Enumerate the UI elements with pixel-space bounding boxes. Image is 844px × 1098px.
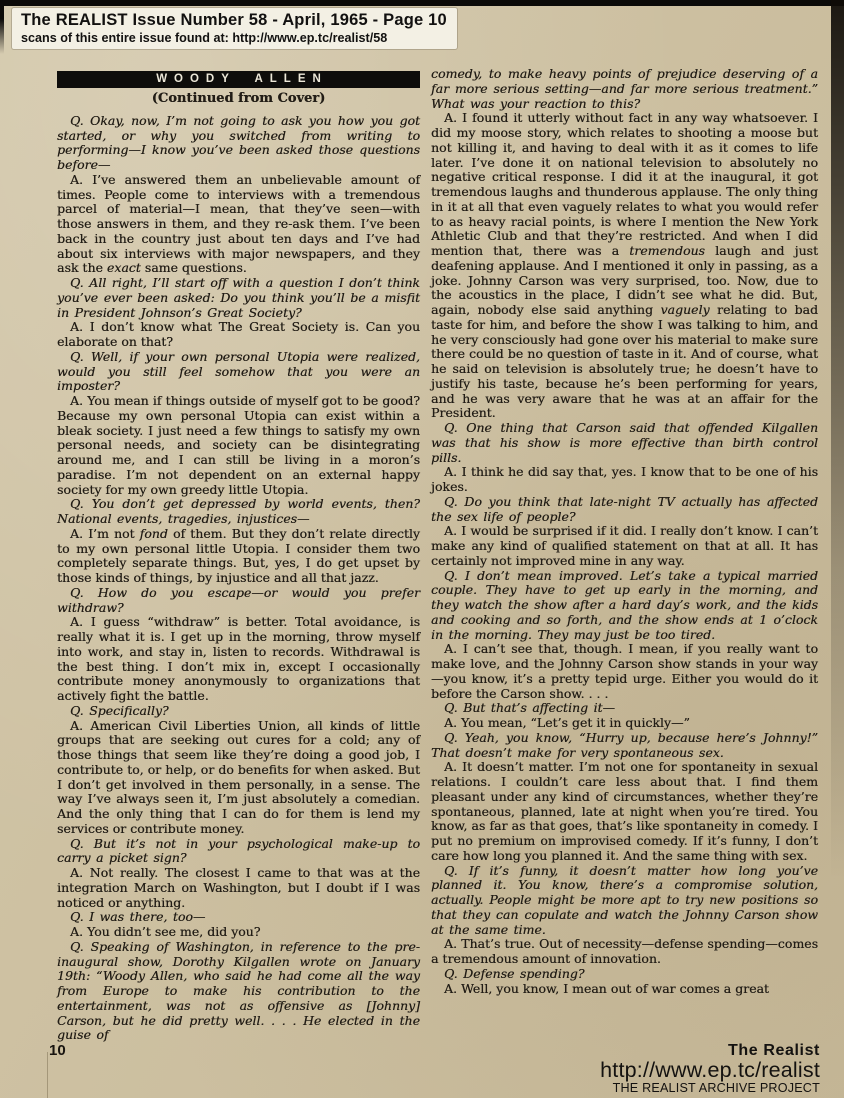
scan-top-edge: [0, 0, 844, 6]
interview-paragraph: A. I think he did say that, yes. I know …: [431, 465, 818, 495]
continued-from-cover: (Continued from Cover): [57, 92, 420, 107]
interview-paragraph: A. I found it utterly without fact in an…: [431, 111, 818, 421]
interview-paragraph: Q. But it’s not in your psychological ma…: [57, 837, 420, 867]
right-column-paragraphs: comedy, to make heavy points of prejudic…: [431, 67, 818, 996]
interview-paragraph: Q. Defense spending?: [431, 967, 818, 982]
scan-artifact-line: [47, 1052, 48, 1098]
archive-header-label: The REALIST Issue Number 58 - April, 196…: [12, 8, 457, 49]
interview-paragraph: A. You didn’t see me, did you?: [57, 925, 420, 940]
interview-paragraph: A. You mean, “Let’s get it in quickly—”: [431, 716, 818, 731]
interview-paragraph: A. I would be surprised if it did. I rea…: [431, 524, 818, 568]
footer-url: http://www.ep.tc/realist: [600, 1059, 820, 1081]
interview-paragraph: A. I don’t know what The Great Society i…: [57, 320, 420, 350]
interview-paragraph: A. That’s true. Out of necessity—defense…: [431, 937, 818, 967]
interview-paragraph: A. I’ve answered them an unbelievable am…: [57, 173, 420, 276]
interview-paragraph: Q. How do you escape—or would you prefer…: [57, 586, 420, 616]
interview-paragraph: A. I can’t see that, though. I mean, if …: [431, 642, 818, 701]
footer-brand: The Realist: [600, 1042, 820, 1059]
left-column: WOODY ALLEN (Continued from Cover) Q. Ok…: [57, 64, 420, 1043]
interview-paragraph: A. You mean if things outside of myself …: [57, 394, 420, 497]
interview-paragraph: Q. Specifically?: [57, 704, 420, 719]
scan-left-edge: [0, 0, 4, 54]
interview-paragraph: A. It doesn’t matter. I’m not one for sp…: [431, 760, 818, 863]
interview-paragraph: comedy, to make heavy points of prejudic…: [431, 67, 818, 111]
scan-source-url: scans of this entire issue found at: htt…: [21, 31, 447, 45]
interview-paragraph: A. I’m not fond of them. But they don’t …: [57, 527, 420, 586]
interview-paragraph: Q. If it’s funny, it doesn’t matter how …: [431, 864, 818, 938]
interview-paragraph: Q. Okay, now, I’m not going to ask you h…: [57, 114, 420, 173]
interview-paragraph: A. I guess “withdraw” is better. Total a…: [57, 615, 420, 704]
scanned-magazine-page: { "colors": { "paper": "#cfc2a2", "ink":…: [0, 0, 844, 1098]
article-body: WOODY ALLEN (Continued from Cover) Q. Ok…: [0, 64, 844, 1043]
interview-paragraph: Q. I was there, too—: [57, 910, 420, 925]
left-column-paragraphs: Q. Okay, now, I’m not going to ask you h…: [57, 114, 420, 1043]
interview-paragraph: A. American Civil Liberties Union, all k…: [57, 719, 420, 837]
page-number: 10: [49, 1042, 66, 1059]
issue-title: The REALIST Issue Number 58 - April, 196…: [21, 11, 447, 30]
archive-footer: The Realist http://www.ep.tc/realist THE…: [600, 1042, 820, 1095]
interview-paragraph: Q. All right, I’ll start off with a ques…: [57, 276, 420, 320]
archive-project-label: THE REALIST ARCHIVE PROJECT: [600, 1081, 820, 1095]
interview-paragraph: Q. I don’t mean improved. Let’s take a t…: [431, 569, 818, 643]
interview-paragraph: Q. Speaking of Washington, in reference …: [57, 940, 420, 1043]
interview-paragraph: Q. But that’s affecting it—: [431, 701, 818, 716]
interview-paragraph: Q. One thing that Carson said that offen…: [431, 421, 818, 465]
interview-paragraph: A. Not really. The closest I came to tha…: [57, 866, 420, 910]
interview-paragraph: Q. Do you think that late-night TV actua…: [431, 495, 818, 525]
interview-paragraph: Q. Yeah, you know, “Hurry up, because he…: [431, 731, 818, 761]
interview-paragraph: Q. You don’t get depressed by world even…: [57, 497, 420, 527]
article-title: WOODY ALLEN: [156, 72, 328, 87]
interview-paragraph: Q. Well, if your own personal Utopia wer…: [57, 350, 420, 394]
interview-paragraph: A. Well, you know, I mean out of war com…: [431, 982, 818, 997]
right-column: comedy, to make heavy points of prejudic…: [431, 64, 818, 1043]
article-title-bar: WOODY ALLEN: [57, 71, 420, 88]
